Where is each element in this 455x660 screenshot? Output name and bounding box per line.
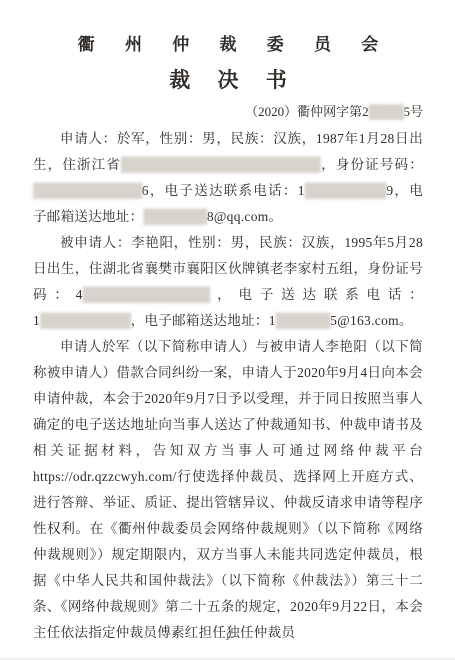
- case-number-redaction: ████: [369, 104, 404, 119]
- platform-url: https://odr.qzzcwyh.com/: [33, 469, 177, 484]
- respondent-email-redaction: ██████: [276, 313, 330, 328]
- arbitration-award-page: 衢 州 仲 裁 委 员 会 裁 决 书 （2020）衢仲网字第2████5号 申…: [0, 0, 455, 660]
- respondent-id-redaction: ██████████████: [83, 287, 210, 302]
- document-title: 裁 决 书: [33, 64, 423, 94]
- organization-title: 衢 州 仲 裁 委 员 会: [33, 30, 423, 55]
- respondent-email-label: ，电子邮箱送达地址：1: [131, 313, 276, 328]
- applicant-email-redaction: ███████: [143, 209, 206, 224]
- document-body: 申请人：於军，性别：男，民族：汉族，1987年1月28日出生，住浙江省█████…: [33, 126, 423, 646]
- applicant-phone-redaction: █████████: [305, 183, 387, 198]
- applicant-email-visible: 8@qq.com。: [207, 209, 283, 224]
- case-procedure-paragraph: 申请人於军（以下简称申请人）与被申请人李艳阳（以下简称被申请人）借款合同纠纷一案…: [33, 334, 423, 646]
- case-number-suffix: 5号: [403, 104, 423, 119]
- case-number: （2020）衢仲网字第2████5号: [33, 103, 423, 121]
- applicant-id-redaction: ████████████: [33, 183, 142, 198]
- respondent-paragraph: 被申请人：李艳阳，性别：男，民族：汉族，1995年5月28日出生，住湖北省襄樊市…: [33, 230, 423, 334]
- applicant-id-label: ，身份证号码：: [320, 157, 423, 172]
- respondent-email-visible: 5@163.com。: [330, 313, 413, 328]
- respondent-phone-redaction: ██████████: [40, 313, 131, 328]
- procedure-text-before-url: 申请人於军（以下简称申请人）与被申请人李艳阳（以下简称被申请人）借款合同纠纷一案…: [33, 339, 423, 458]
- procedure-text-after-url: 行使选择仲裁员、选择网上开庭方式、进行答辩、举证、质证、提出管辖异议、仲裁反请求…: [33, 469, 423, 640]
- applicant-phone-label: 6，电子送达联系电话：1: [142, 183, 305, 198]
- case-number-prefix: （2020）衢仲网字第2: [245, 104, 369, 119]
- applicant-paragraph: 申请人：於军，性别：男，民族：汉族，1987年1月28日出生，住浙江省█████…: [33, 126, 423, 230]
- page-number: 1: [0, 631, 455, 643]
- applicant-address-redaction: ██████████████████████: [121, 157, 320, 172]
